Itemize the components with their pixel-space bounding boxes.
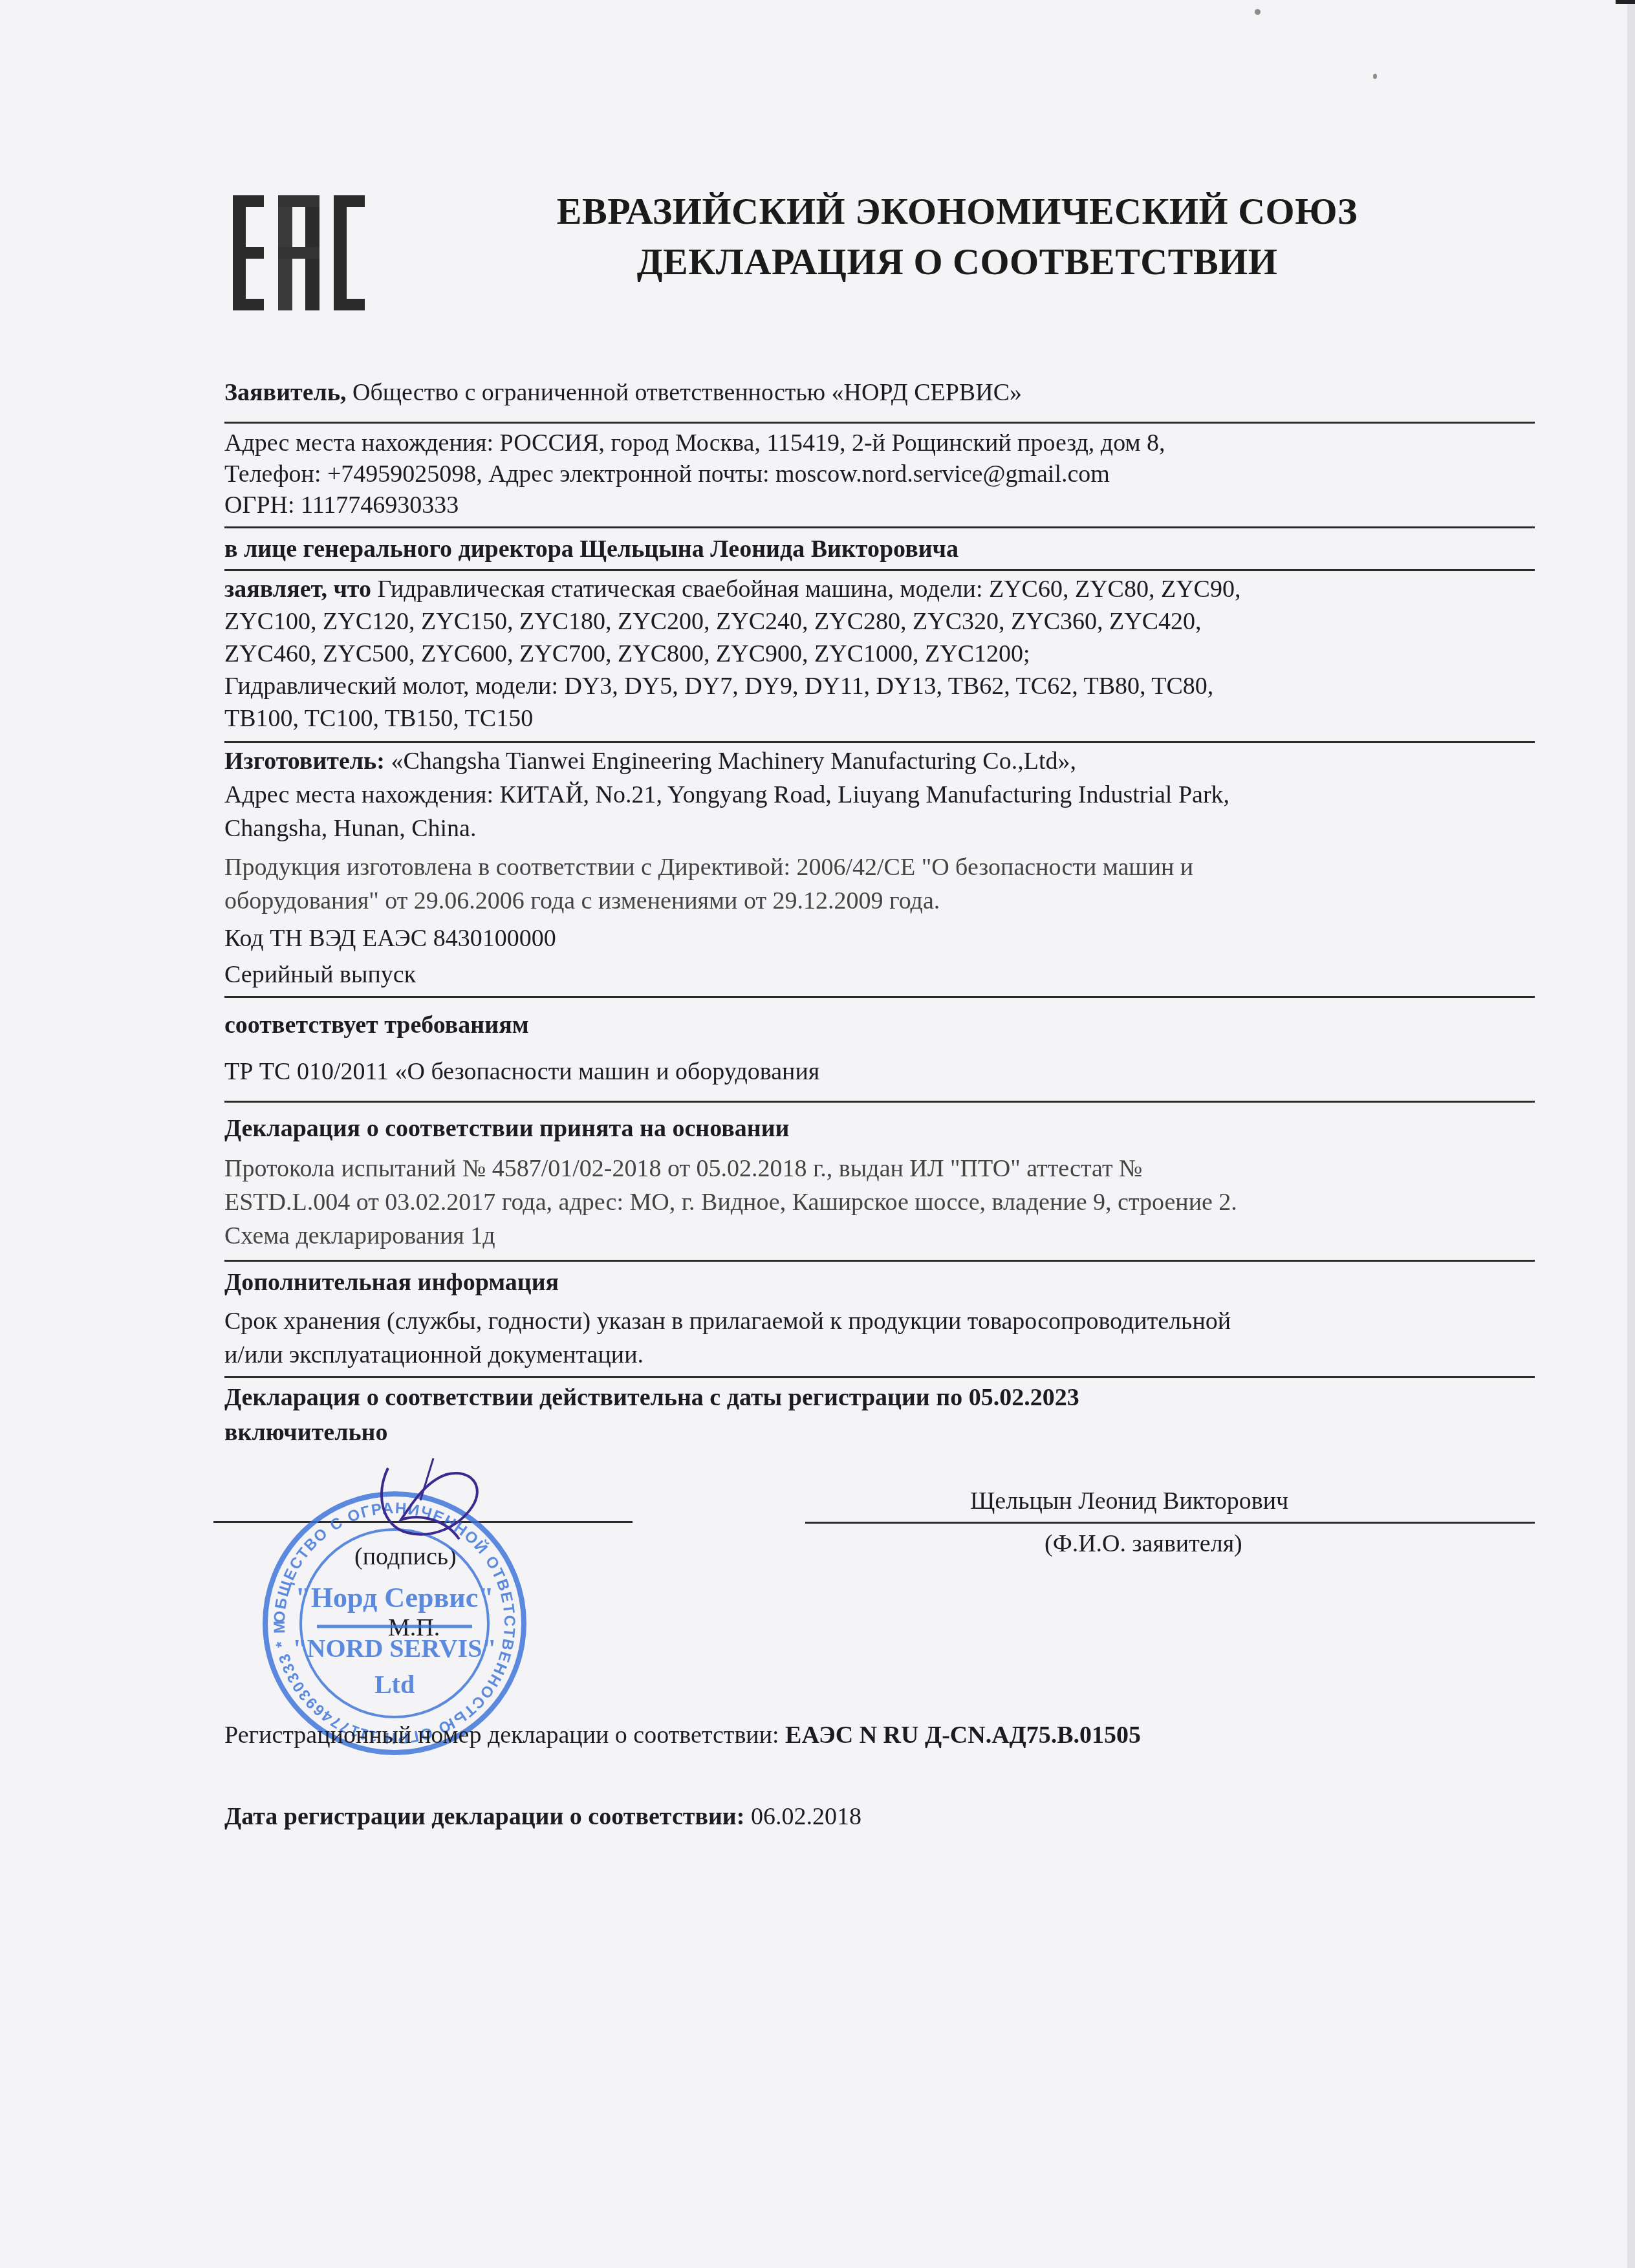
divider [224,1376,1535,1378]
manufacturer-label: Изготовитель: [224,748,385,775]
applicant-contacts: Телефон: +74959025098, Адрес электронной… [224,459,1110,489]
registration-date-label: Дата регистрации декларации о соответств… [224,1803,751,1830]
applicant-label: Заявитель, [224,379,346,406]
declaration-line-5: TB100, TC100, TB150, TC150 [224,704,533,733]
title-union: ЕВРАЗИЙСКИЙ ЭКОНОМИЧЕСКИЙ СОЮЗ [453,186,1462,237]
divider [224,1101,1535,1103]
eac-mark-icon [233,195,367,310]
stamp-ltd: Ltd [374,1670,415,1699]
declaration-label: заявляет, что [224,576,371,603]
additional-line-1: Срок хранения (службы, годности) указан … [224,1306,1231,1336]
manufacturer-name: «Changsha Tianwei Engineering Machinery … [385,748,1076,775]
scan-speck [1373,74,1377,79]
declaration-line-4: Гидравлический молот, модели: DY3, DY5, … [224,671,1213,701]
eac-logo [233,195,367,310]
basis-line-2: ESTD.L.004 от 03.02.2017 года, адрес: МО… [224,1187,1237,1217]
basis-label: Декларация о соответствии принята на осн… [224,1114,789,1143]
validity-line-1: Декларация о соответствии действительна … [224,1383,1079,1412]
applicant-name-line [805,1522,1535,1524]
regulation: ТР ТС 010/2011 «О безопасности машин и о… [224,1057,819,1086]
divider [224,1260,1535,1262]
basis-line-3: Схема декларирования 1д [224,1221,495,1251]
production-type: Серийный выпуск [224,960,416,989]
represented-by: в лице генерального директора Щельцына Л… [224,534,958,564]
additional-label: Дополнительная информация [224,1268,559,1297]
additional-line-2: и/или эксплуатационной документации. [224,1340,644,1370]
divider [224,526,1535,528]
applicant-address: Адрес места нахождения: РОССИЯ, город Мо… [224,428,1165,458]
document-title: ЕВРАЗИЙСКИЙ ЭКОНОМИЧЕСКИЙ СОЮЗ ДЕКЛАРАЦИ… [453,186,1462,287]
registration-number-label: Регистрационный номер декларации о соотв… [224,1722,785,1749]
manufacturer-address-1: Адрес места нахождения: КИТАЙ, No.21, Yo… [224,780,1229,810]
divider [224,741,1535,743]
stamp-name-en: "NORD SERVIS" [292,1634,496,1663]
page-edge [1627,0,1635,2268]
registration-number-value: ЕАЭС N RU Д-CN.АД75.В.01505 [785,1722,1141,1749]
divider [224,422,1535,424]
applicant-name-caption: (Ф.И.О. заявителя) [1045,1529,1242,1559]
applicant-ogrn: ОГРН: 1117746930333 [224,490,459,520]
scan-corner-mark [1616,0,1635,4]
applicant-line: Заявитель, Общество с ограниченной ответ… [224,378,1022,407]
signature-scribble-icon [362,1455,511,1552]
applicant-name: Общество с ограниченной ответственностью… [346,379,1022,406]
stamp-name-ru: "Норд Сервис" [295,1582,493,1614]
title-declaration: ДЕКЛАРАЦИЯ О СООТВЕТСТВИИ [453,237,1462,287]
manufacturer-line: Изготовитель: «Changsha Tianwei Engineer… [224,746,1076,776]
declaration-line-2: ZYC100, ZYC120, ZYC150, ZYC180, ZYC200, … [224,607,1202,636]
handwritten-signature [362,1455,511,1552]
compliance-label: соответствует требованиям [224,1010,529,1040]
manufacturer-address-2: Changsha, Hunan, China. [224,814,476,843]
divider [224,996,1535,998]
directive-line-1: Продукция изготовлена в соответствии с Д… [224,852,1193,882]
applicant-full-name: Щельцын Леонид Викторович [970,1486,1288,1516]
registration-number-line: Регистрационный номер декларации о соотв… [224,1720,1141,1750]
divider [224,569,1535,571]
declaration-line-1: заявляет, что Гидравлическая статическая… [224,574,1240,604]
registration-date-value: 06.02.2018 [751,1803,861,1830]
hs-code: Код ТН ВЭД ЕАЭС 8430100000 [224,923,556,953]
validity-line-2: включительно [224,1418,388,1447]
registration-date-line: Дата регистрации декларации о соответств… [224,1802,861,1831]
directive-line-2: оборудования" от 29.06.2006 года с измен… [224,886,940,916]
scan-speck [1255,9,1261,15]
basis-line-1: Протокола испытаний № 4587/01/02-2018 от… [224,1154,1142,1183]
declaration-line-3: ZYC460, ZYC500, ZYC600, ZYC700, ZYC800, … [224,639,1030,669]
